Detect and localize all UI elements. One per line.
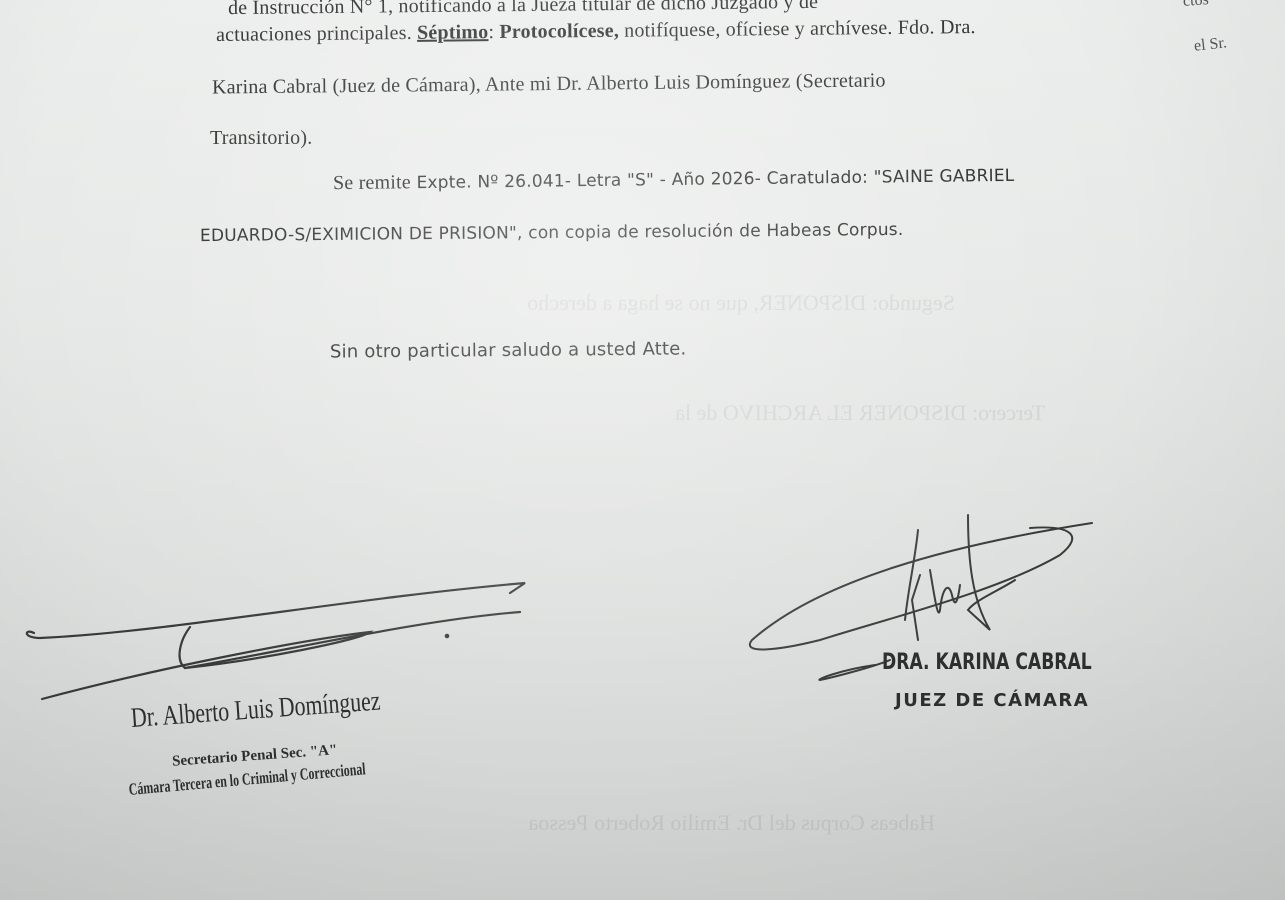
judge-name: DRA. KARINA CABRAL bbox=[882, 650, 1092, 675]
secretary-signature bbox=[27, 583, 525, 699]
judge-title: JUEZ DE CÁMARA bbox=[895, 690, 1089, 711]
